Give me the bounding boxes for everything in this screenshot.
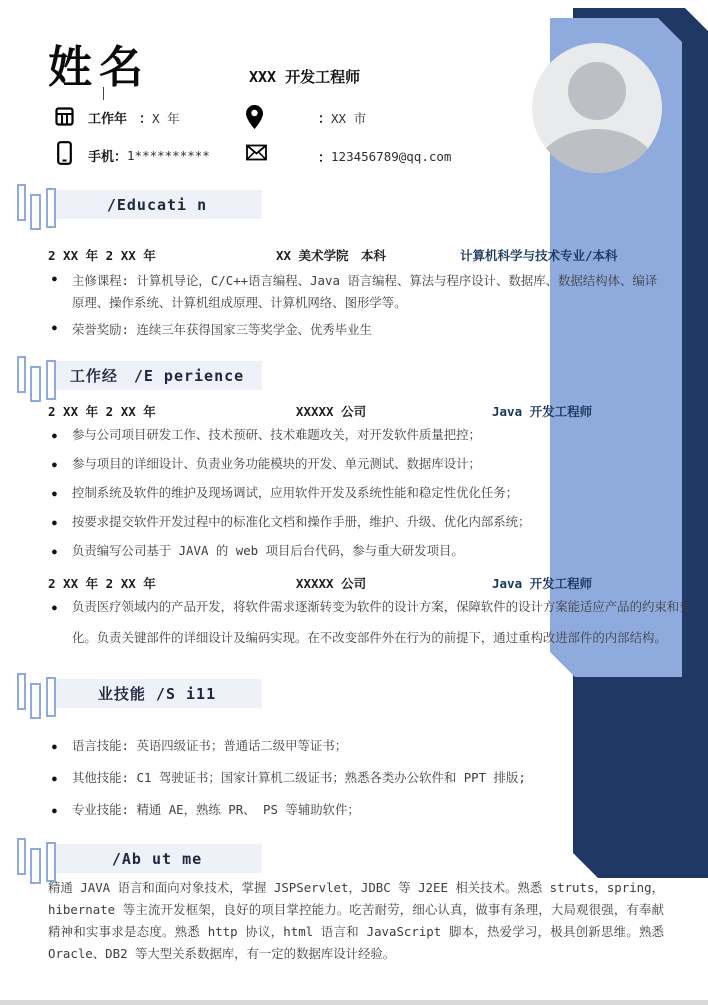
location-icon [245, 104, 264, 134]
bullet-icon: ● [52, 742, 72, 758]
page-bottom-edge [0, 1000, 708, 1005]
avatar [532, 43, 662, 173]
bullet-item: ●负责医疗领域内的产品开发，将软件需求逐渐转变为软件的设计方案，保障软件的设计方… [52, 599, 700, 661]
bullet-icon: ● [52, 489, 72, 505]
education-section-heading: /Educati n [52, 190, 262, 219]
bullet-item: ●参与项目的详细设计、负责业务功能模块的开发、单元测试、数据库设计； [52, 456, 668, 472]
candidate-name: 姓名 [48, 44, 150, 92]
avatar-head-shape [568, 62, 626, 120]
job2-bullet-list: ●负责医疗领域内的产品开发，将软件需求逐渐转变为软件的设计方案，保障软件的设计方… [52, 599, 700, 661]
job1-date: 2 XX 年 2 XX 年 [48, 402, 238, 420]
education-entry-row: 2 XX 年 2 XX 年 XX 美术学院 本科 计算机科学与技术专业/本科 [48, 246, 652, 264]
contact-work-years: 工作年 ： X 年 [88, 108, 180, 127]
experience-decoration-pillars [17, 356, 57, 406]
contact-phone: 手机 ： 1********** [88, 146, 210, 165]
job2-date: 2 XX 年 2 XX 年 [48, 574, 238, 592]
bullet-item: ●语言技能: 英语四级证书；普通话二级甲等证书； [52, 738, 668, 754]
experience-entry-row-2: 2 XX 年 2 XX 年 XXXXX 公司 Java 开发工程师 [48, 574, 652, 592]
bullet-icon: ● [52, 431, 72, 447]
contact-city: ： XX 市 [318, 108, 366, 127]
bullet-item: ●控制系统及软件的维护及现场调试，应用软件开发及系统性能和稳定性优化任务； [52, 485, 668, 501]
work-years-value: X 年 [152, 109, 180, 127]
experience-entry-row-1: 2 XX 年 2 XX 年 XXXXX 公司 Java 开发工程师 [48, 402, 652, 420]
job2-role: Java 开发工程师 [424, 574, 652, 592]
bullet-icon: ● [52, 806, 72, 822]
experience-section-heading: 工作经 /E perience [52, 361, 262, 390]
bullet-icon: ● [52, 460, 72, 476]
education-bullet-list: ●主修课程: 计算机导论，C/C++语言编程、Java 语言编程、算法与程序设计… [52, 270, 668, 341]
education-date: 2 XX 年 2 XX 年 [48, 246, 238, 264]
skills-section-heading: 业技能 /S i11 [52, 679, 262, 708]
bullet-item: ●参与公司项目研发工作、技术预研、技术难题攻关，对开发软件质量把控； [52, 427, 668, 443]
bullet-item: ●其他技能: C1 驾驶证书；国家计算机二级证书；熟悉各类办公软件和 PPT 排… [52, 770, 668, 786]
bullet-icon: ● [52, 323, 72, 345]
bullet-item: ●按要求提交软件开发过程中的标准化文档和操作手册，维护、升级、优化内部系统； [52, 514, 668, 530]
bullet-item: ●荣誉奖励: 连续三年获得国家三等奖学金、优秀毕业生 [52, 319, 668, 341]
bullet-item: ●专业技能: 精通 AE，熟练 PR、 PS 等辅助软件； [52, 802, 668, 818]
bullet-item: ●负责编写公司基于 JAVA 的 web 项目后台代码，参与重大研发项目。 [52, 543, 668, 559]
phone-colon: ： [114, 146, 127, 165]
bullet-icon: ● [52, 603, 72, 665]
email-colon: ： [318, 147, 331, 166]
bullet-item: ●主修课程: 计算机导论，C/C++语言编程、Java 语言编程、算法与程序设计… [52, 270, 668, 314]
about-text: 精通 JAVA 语言和面向对象技术，掌握 JSPServlet，JDBC 等 J… [48, 877, 664, 965]
bullet-icon: ● [52, 547, 72, 563]
education-major: 计算机科学与技术专业/本科 [424, 246, 652, 264]
email-value: 123456789@qq.com [331, 149, 451, 164]
skills-bullet-list: ●语言技能: 英语四级证书；普通话二级甲等证书； ●其他技能: C1 驾驶证书；… [52, 738, 668, 818]
text-cursor-mark [103, 87, 104, 100]
job1-role: Java 开发工程师 [424, 402, 652, 420]
resume-page: 姓名 XXX 开发工程师 工作年 ： X 年 ： XX 市 手机 ： 1****… [0, 0, 708, 1005]
bullet-icon: ● [52, 518, 72, 534]
phone-icon [57, 141, 72, 169]
contact-email: ： 123456789@qq.com [318, 147, 451, 166]
education-school: XX 美术学院 本科 [238, 246, 424, 264]
calendar-icon [55, 106, 74, 130]
job1-bullet-list: ●参与公司项目研发工作、技术预研、技术难题攻关，对开发软件质量把控； ●参与项目… [52, 427, 668, 559]
email-icon [246, 144, 267, 165]
city-value: XX 市 [331, 109, 366, 127]
avatar-shoulders-shape [535, 129, 659, 173]
skills-decoration-pillars [17, 673, 57, 723]
city-colon: ： [318, 108, 331, 127]
job-title: XXX 开发工程师 [249, 66, 360, 87]
phone-value: 1********** [127, 148, 210, 163]
job2-company: XXXXX 公司 [238, 574, 424, 592]
about-section-heading: /Ab ut me [52, 844, 262, 873]
job1-company: XXXXX 公司 [238, 402, 424, 420]
work-years-label: 工作年 [88, 108, 127, 127]
work-years-colon: ： [139, 108, 152, 127]
phone-label: 手机 [88, 146, 114, 165]
education-decoration-pillars [17, 184, 57, 234]
bullet-icon: ● [52, 274, 72, 318]
bullet-icon: ● [52, 774, 72, 790]
